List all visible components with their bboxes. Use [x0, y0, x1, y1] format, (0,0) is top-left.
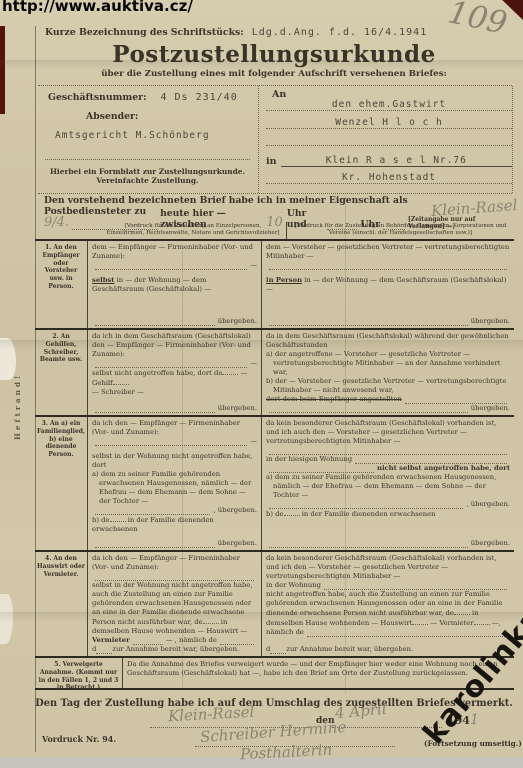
- column-header-authorities: [Vordruck für die Zustellung an Behörden…: [287, 222, 514, 239]
- row1-left-cell: dem — Empfänger — Firmeninhaber (Vor- un…: [88, 241, 262, 328]
- row2-left-p1: da ich in dem Geschäftsraum (Geschäftslo…: [92, 332, 257, 359]
- row3-left-p1: da ich den — Empfänger — Firmeninhaber (…: [92, 419, 257, 437]
- row3-side-label: 3. An a) ein Familienglied, b) eine dien…: [35, 417, 88, 550]
- row4-side-label: 4. An den Hauswirt oder Vermieter.: [35, 552, 88, 656]
- dotted-line: [95, 506, 210, 515]
- dotted-gap: [270, 647, 286, 654]
- row2-left-p2a: selbst nicht angetroffen habe, dort de: [92, 369, 222, 377]
- row3-right-pb2: in der Familie dienenden erwachsenen: [302, 510, 436, 518]
- doc-short-description-value: Ldg.d.Ang. f.d. 16/4.1941: [252, 27, 428, 38]
- row4-right-p1: da kein besonderer Geschäftsraum (Geschä…: [266, 554, 510, 581]
- row4-right-p4: nämlich de: [266, 628, 304, 637]
- doc-short-description: Kurze Bezeichnung des Schriftstücks:Ldg.…: [45, 27, 427, 38]
- table-column-headers: [Vordruck für die Zustellung an Einzelpe…: [35, 222, 514, 241]
- recipient-line-2: Wenzel H l o c h: [266, 117, 512, 129]
- dotted-line: [355, 455, 507, 464]
- row2-right-p1: da in dem Geschäftsraum (Geschäftslokal)…: [266, 332, 510, 350]
- row2-right-cell: da in dem Geschäftsraum (Geschäftslokal)…: [262, 330, 514, 415]
- case-number-value: 4 Ds 231/40: [161, 92, 238, 103]
- row4-left-cell: da ich den — Empfänger — Firmeninhaber (…: [88, 552, 262, 656]
- document-title: Postzustellungsurkunde: [35, 41, 513, 68]
- dotted-line: [269, 539, 468, 548]
- sender-value: Amtsgericht M.Schönberg: [55, 130, 210, 141]
- dotted-rule: [38, 193, 512, 194]
- handwritten-page-number: 109: [445, 0, 510, 42]
- dotted-gap: [110, 515, 126, 522]
- row3-left-pa: a) dem zu seiner Familie gehörenden erwa…: [92, 470, 257, 506]
- form-number: Vordruck Nr. 94.: [42, 734, 116, 744]
- dotted-line: [269, 317, 468, 326]
- dotted-divider: [258, 86, 259, 193]
- empty-corner-cell: [35, 222, 100, 239]
- row1-left-p1: dem — Empfänger — Firmeninhaber (Vor- un…: [92, 243, 257, 261]
- table-row: 5. Verweigerte Annahme. (Kommt nur in de…: [35, 658, 514, 690]
- table-row: 3. An a) ein Familienglied, b) eine dien…: [35, 417, 514, 552]
- row1-right-p1: dem — Vorsteher — gesetzlichen Vertreter…: [266, 243, 510, 261]
- row4-right-p3c: — Vermieter: [430, 619, 473, 627]
- dotted-line: [95, 572, 254, 581]
- row1-right-uebergeben: übergeben.: [471, 317, 510, 326]
- row3-left-comma-uebergeben: , übergeben.: [213, 506, 257, 515]
- dotted-line: [95, 261, 247, 270]
- row3-right-pb: b) de: [266, 510, 284, 518]
- dotted-line: [307, 628, 507, 637]
- recipient-blank-line: [266, 145, 512, 146]
- column-header-individuals: [Vordruck für die Zustellung an Einzelpe…: [100, 222, 287, 239]
- row2-left-uebergeben: übergeben.: [218, 404, 257, 413]
- dotted-line: [95, 359, 247, 368]
- in-label: in: [266, 156, 277, 167]
- row1-right-cell: dem — Vorsteher — gesetzlichen Vertreter…: [262, 241, 514, 328]
- row1-right-inperson: in Person: [266, 276, 302, 284]
- dotted-line: [220, 636, 254, 645]
- dotted-line: [95, 404, 215, 413]
- row1-left-selbst: selbst: [92, 276, 114, 284]
- row1-left-uebergeben: übergeben.: [218, 317, 257, 326]
- row2-right-uebergeben: übergeben.: [471, 404, 510, 413]
- row5-side-label: 5. Verweigerte Annahme. (Kommt nur in de…: [35, 658, 123, 688]
- dotted-line: [95, 437, 247, 446]
- heftrand-margin-label: Heftrand!: [13, 328, 22, 440]
- recipient-place-value: Klein R a s e l Nr.76: [281, 155, 512, 167]
- row4-right-cell: da kein besonderer Geschäftsraum (Geschä…: [262, 552, 514, 656]
- row4-left-p2a: selbst in der Wohnung nicht angetroffen …: [92, 581, 252, 626]
- dotted-gap: [474, 618, 490, 625]
- dotted-line: [269, 404, 468, 413]
- row4-right-p5b: zur Annahme bereit war, übergeben.: [286, 645, 413, 654]
- row4-left-p4b: zur Annahme bereit war, übergeben.: [112, 645, 239, 654]
- dotted-gap: [222, 368, 238, 375]
- doc-short-description-label: Kurze Bezeichnung des Schriftstücks:: [45, 27, 244, 38]
- dotted-divider: [512, 86, 513, 193]
- row3-right-comma-uebergeben: , übergeben.: [466, 500, 510, 509]
- row2-right-pb: b) der — Vorsteher — gesetzliche Vertret…: [266, 377, 510, 395]
- row4-left-vermieter: Vermieter: [92, 636, 130, 645]
- dotted-gap: [113, 378, 129, 385]
- dotted-line: [269, 500, 463, 509]
- row3-right-p1: da kein besonderer Geschäftsraum (Geschä…: [266, 419, 510, 446]
- row3-left-pb: b) de: [92, 516, 110, 524]
- dotted-rule: [45, 159, 250, 160]
- dotted-rule: [38, 85, 512, 86]
- recipient-line-1: den ehem.Gastwirt: [266, 99, 512, 111]
- dotted-line: [269, 261, 507, 270]
- dotted-line: [269, 446, 507, 455]
- row3-right-cell: da kein besonderer Geschäftsraum (Geschä…: [262, 417, 514, 550]
- form-enclosure-note: Hierbei ein Formblatt zur Zustellungsurk…: [40, 167, 255, 186]
- table-row: 4. An den Hauswirt oder Vermieter. da ic…: [35, 552, 514, 658]
- row3-left-uebergeben: übergeben.: [218, 539, 257, 548]
- table-row: 2. An Gehilfen, Schreiber, Beamte usw. d…: [35, 330, 514, 417]
- dotted-gap: [96, 647, 112, 654]
- row3-right-p2: in der hiesigen Wohnung: [266, 455, 352, 464]
- row5-refused-acceptance-text: Da die Annahme des Briefes verweigert wu…: [127, 660, 510, 678]
- row4-right-p2: in der Wohnung: [266, 581, 321, 590]
- row3-right-pa: a) dem zu seiner Familie gehörenden erwa…: [266, 473, 510, 500]
- case-number-label: Geschäftsnummer:: [48, 92, 147, 103]
- auction-site-url: http://www.auktiva.cz/: [2, 0, 193, 15]
- dotted-line: [95, 317, 215, 326]
- dotted-line: [133, 636, 163, 645]
- form-enclosure-note-line1: Hierbei ein Formblatt zur Zustellungsurk…: [40, 167, 255, 176]
- recipient-place-row: in Klein R a s e l Nr.76: [266, 155, 512, 167]
- dotted-gap: [284, 509, 300, 516]
- dotted-line: [324, 581, 507, 590]
- row2-side-label: 2. An Gehilfen, Schreiber, Beamte usw.: [35, 330, 88, 415]
- row4-left-p1: da ich den — Empfänger — Firmeninhaber (…: [92, 554, 257, 572]
- recipient-district: Kr. Hohenstadt: [266, 172, 512, 184]
- table-row: 1. An den Empfänger oder Vorsteher usw. …: [35, 241, 514, 330]
- dotted-gap: [454, 608, 470, 615]
- row4-right-p3d: —,: [492, 619, 501, 627]
- scanned-document: http://www.auktiva.cz/ 109 Heftrand! Kur…: [0, 0, 523, 768]
- row1-right-p2: in — der Wohnung — dem Geschäftsraum (Ge…: [266, 276, 506, 293]
- sender-label: Absender:: [86, 111, 138, 122]
- case-number: Geschäftsnummer:4 Ds 231/40: [48, 92, 238, 103]
- dotted-line: [405, 395, 507, 404]
- row2-right-struck-clause: dort dem beim Empfänger angestellten: [266, 395, 402, 404]
- row3-left-p2: selbst in der Wohnung nicht angetroffen …: [92, 452, 257, 470]
- handwritten-place-footer: Klein-Rasel: [168, 703, 255, 725]
- document-subtitle: über die Zustellung eines mit folgender …: [35, 69, 513, 79]
- row2-left-cell: da ich in dem Geschäftsraum (Geschäftslo…: [88, 330, 262, 415]
- form-enclosure-note-line2: Vereinfachte Zustellung.: [40, 176, 255, 185]
- dotted-line: [95, 539, 215, 548]
- dotted-gap: [203, 617, 219, 624]
- row2-left-p3: — Schreiber —: [92, 388, 257, 397]
- row3-right-p3: nicht selbst angetroffen habe, dort: [377, 464, 510, 473]
- row3-left-cell: da ich den — Empfänger — Firmeninhaber (…: [88, 417, 262, 550]
- row3-right-uebergeben: übergeben.: [471, 539, 510, 548]
- dotted-line: [269, 464, 374, 473]
- row4-left-p3b: — , nämlich de: [166, 636, 217, 645]
- delivery-options-table: [Vordruck für die Zustellung an Einzelpe…: [35, 222, 514, 690]
- row1-side-label: 1. An den Empfänger oder Vorsteher usw. …: [35, 241, 88, 328]
- row2-right-pa: a) der angetroffene — Vorsteher — gesetz…: [266, 350, 510, 377]
- photo-edge-artifact: [0, 26, 5, 114]
- dotted-gap: [412, 618, 428, 625]
